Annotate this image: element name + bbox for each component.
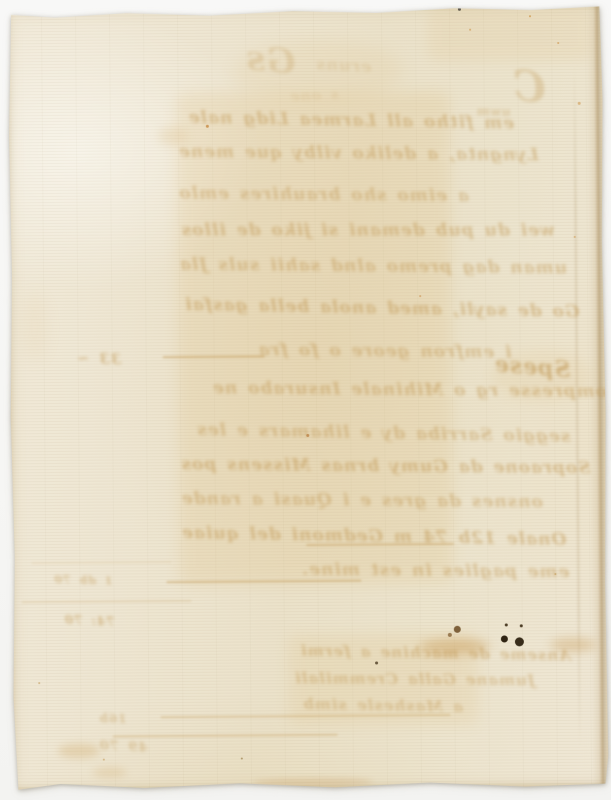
bleed-line: eme paglies in est mine. (301, 560, 569, 583)
bleed-margin-mark: Spese (493, 351, 571, 383)
bleed-line: a Mashesle simb (302, 695, 463, 716)
stain (21, 292, 48, 362)
ink-speck (469, 29, 471, 31)
photo-scan: Gserunss oneCuwmem fitho all Larmea Lidg… (0, 0, 611, 800)
stain (176, 91, 454, 585)
vertical-crease (573, 66, 580, 747)
laid-paper-texture (7, 6, 609, 792)
bleed-line: Anseme de machine a fermi (300, 642, 571, 665)
ink-speck (578, 102, 581, 105)
ink-speck (520, 624, 523, 627)
bleed-heading-mark: C (508, 60, 549, 113)
bleed-line: Onale 12b 74 m Gedmoni del quiae (181, 523, 567, 550)
bleed-line: em fitho all Larmea Lidg nale (188, 108, 515, 134)
bleed-heading-mark: uwm (476, 104, 511, 119)
bleed-line: Compresse rg o Mihinale Insurabo ne (212, 378, 609, 402)
stain (233, 39, 403, 102)
bleed-heading-mark: s one (289, 87, 339, 105)
ink-speck (306, 434, 309, 437)
ink-speck (529, 15, 531, 17)
ink-speck (206, 125, 209, 128)
ink-speck (38, 682, 40, 684)
bleed-rule (160, 714, 450, 718)
bleed-rule (163, 355, 265, 358)
bleed-line: Lyngnta, a deliko vilby que mene (178, 142, 539, 165)
bleed-margin-mark: 74: 70 (63, 613, 115, 629)
ink-speck (574, 236, 576, 238)
stain (288, 633, 479, 726)
bleed-line: onsnes da gres e i Quasi a rande (181, 489, 543, 512)
bleed-line: Jumane Galla Cremmilali (294, 669, 535, 689)
ink-speck (419, 295, 421, 297)
bleed-line: i emfron geore o fo fra (258, 340, 512, 362)
ink-speck (241, 758, 243, 760)
bleed-line: Go de sayli, amed anola bella gasfai (184, 295, 579, 322)
bleed-heading-mark: Gs (244, 38, 298, 83)
paper-surface: Gserunss oneCuwmem fitho all Larmea Lidg… (7, 6, 609, 792)
bleed-line: Sopraone da Gumy brnas Missens pos (180, 454, 590, 478)
stain (158, 127, 188, 145)
stain (253, 778, 373, 787)
ink-speck (458, 8, 461, 11)
bleed-rule (31, 561, 171, 564)
ink-speck (454, 626, 461, 633)
bleed-rule (166, 580, 361, 584)
bleed-margin-mark: 33 ~ (75, 349, 121, 368)
bleed-line: seggio Sarriba dy e lihamars e les (196, 420, 570, 447)
bleed-rule (306, 543, 454, 546)
ink-speck (505, 623, 508, 626)
bleed-margin-mark: 49 70 (98, 738, 147, 755)
bleed-heading-mark: eruns (315, 54, 372, 75)
bleed-margin-mark: 1 db 70 (53, 573, 112, 588)
stain (492, 350, 592, 403)
stain (420, 639, 490, 656)
stain (550, 638, 596, 652)
stain (58, 744, 100, 758)
bleed-line: wei du pub demani si jiko de illos (181, 220, 555, 240)
ink-speck (554, 573, 556, 575)
stain (93, 767, 127, 777)
ink-speck (501, 635, 508, 642)
ink-speck (103, 759, 105, 761)
bleed-rule (113, 734, 338, 738)
manuscript-sheet: Gserunss oneCuwmem fitho all Larmea Lidg… (7, 6, 609, 792)
bleed-line: a eimo sho brauhires emlo (178, 183, 469, 206)
ink-speck (448, 633, 452, 637)
bleed-rule (22, 600, 192, 603)
ink-speck (375, 661, 378, 664)
ink-speck (515, 637, 524, 646)
bleed-margin-mark: 16b (98, 711, 126, 726)
stain (427, 6, 592, 62)
right-fold-edge (587, 6, 607, 787)
ink-speck (557, 42, 559, 44)
bleed-line: uman dag premo alnd sahii suls Jla (179, 255, 567, 279)
